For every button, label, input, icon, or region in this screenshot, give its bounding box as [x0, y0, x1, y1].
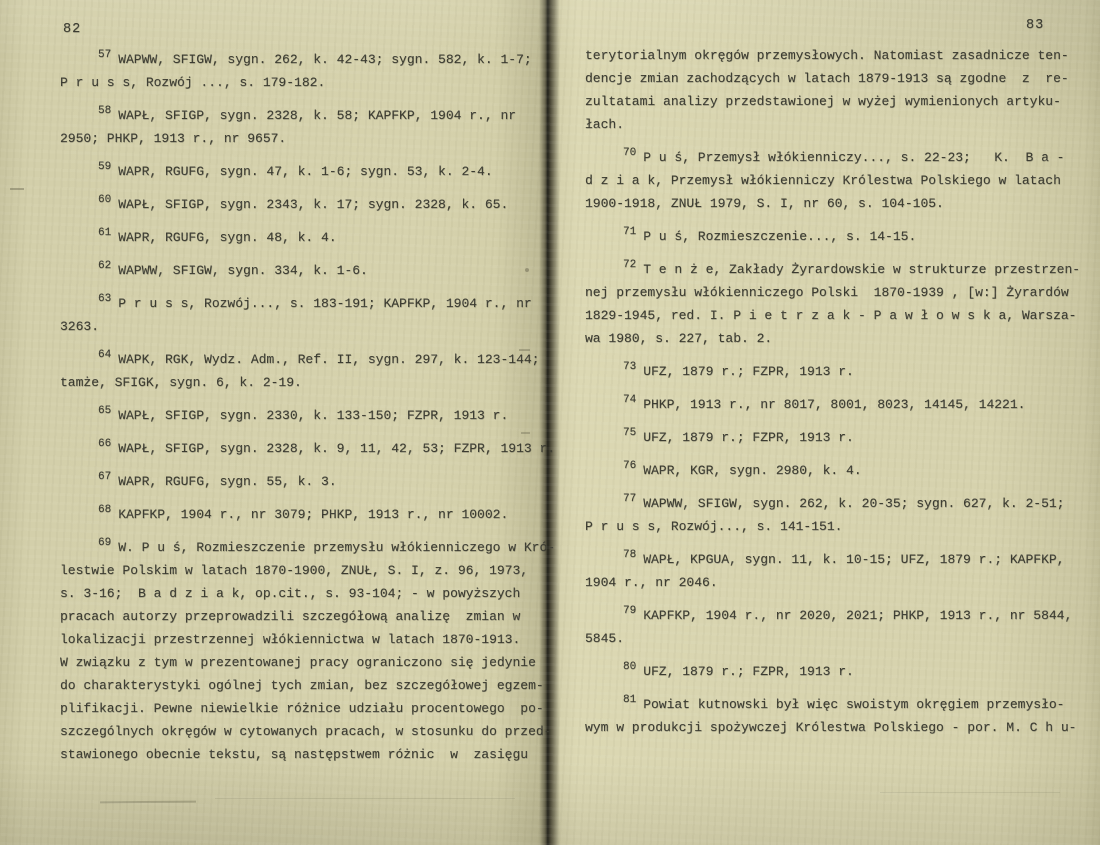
footnote: 75UFZ, 1879 r.; FZPR, 1913 r. — [585, 426, 1095, 449]
footnote: 66WAPŁ, SFIGP, sygn. 2328, k. 9, 11, 42,… — [60, 437, 548, 460]
footnote-line: 65WAPŁ, SFIGP, sygn. 2330, k. 133-150; F… — [60, 404, 548, 427]
footnote: 67WAPR, RGUFG, sygn. 55, k. 3. — [60, 470, 548, 493]
footnote: 79KAPFKP, 1904 r., nr 2020, 2021; PHKP, … — [585, 604, 1095, 650]
footnotes-right: terytorialnym okręgów przemysłowych. Nat… — [585, 44, 1095, 749]
footnote-number: 75 — [623, 422, 636, 445]
footnote: 60WAPŁ, SFIGP, sygn. 2343, k. 17; sygn. … — [60, 193, 548, 216]
footnote-line: 66WAPŁ, SFIGP, sygn. 2328, k. 9, 11, 42,… — [60, 437, 548, 460]
footnote-number: 62 — [98, 255, 111, 278]
footnote: 64WAPK, RGK, Wydz. Adm., Ref. II, sygn. … — [60, 348, 548, 394]
footnote: 76WAPR, KGR, sygn. 2980, k. 4. — [585, 459, 1095, 482]
footnote-line: P r u s s, Rozwój ..., s. 179-182. — [60, 71, 548, 94]
footnote-line: 77WAPWW, SFIGW, sygn. 262, k. 20-35; syg… — [585, 492, 1095, 515]
footnote-line: stawionego obecnie tekstu, są następstwe… — [60, 743, 548, 766]
footnote-line: s. 3-16; B a d z i a k, op.cit., s. 93-1… — [60, 582, 548, 605]
footnote: 65WAPŁ, SFIGP, sygn. 2330, k. 133-150; F… — [60, 404, 548, 427]
book-scan: 82 57WAPWW, SFIGW, sygn. 262, k. 42-43; … — [0, 0, 1100, 845]
page-number-right: 83 — [1026, 18, 1044, 33]
footnote-number: 57 — [98, 44, 111, 67]
footnote-number: 74 — [623, 389, 636, 412]
footnote-line: 72T e n ż e, Zakłady Żyrardowskie w stru… — [585, 258, 1095, 281]
footnote-line: nej przemysłu włókienniczego Polski 1870… — [585, 281, 1095, 304]
footnote-line: dencje zmian zachodzących w latach 1879-… — [585, 67, 1095, 90]
footnote-number: 72 — [623, 254, 636, 277]
footnote-line: 61WAPR, RGUFG, sygn. 48, k. 4. — [60, 226, 548, 249]
footnote-number: 69 — [98, 532, 111, 555]
footnote-number: 59 — [98, 156, 111, 179]
footnote-number: 81 — [623, 689, 636, 712]
footnote: 69W. P u ś, Rozmieszczenie przemysłu włó… — [60, 536, 548, 766]
footnote-line: 5845. — [585, 627, 1095, 650]
footnote-line: 58WAPŁ, SFIGP, sygn. 2328, k. 58; KAPFKP… — [60, 104, 548, 127]
footnote-number: 78 — [623, 544, 636, 567]
footnote-number: 64 — [98, 344, 111, 367]
footnote-line: wa 1980, s. 227, tab. 2. — [585, 327, 1095, 350]
footnote-line: zultatami analizy przedstawionej w wyżej… — [585, 90, 1095, 113]
footnote: 59WAPR, RGUFG, sygn. 47, k. 1-6; sygn. 5… — [60, 160, 548, 183]
footnote: 58WAPŁ, SFIGP, sygn. 2328, k. 58; KAPFKP… — [60, 104, 548, 150]
footnote-line: 74PHKP, 1913 r., nr 8017, 8001, 8023, 14… — [585, 393, 1095, 416]
footnote-number: 79 — [623, 600, 636, 623]
footnote-number: 63 — [98, 288, 111, 311]
footnote-number: 61 — [98, 222, 111, 245]
footnote-number: 73 — [623, 356, 636, 379]
footnote: 61WAPR, RGUFG, sygn. 48, k. 4. — [60, 226, 548, 249]
footnote-line: 67WAPR, RGUFG, sygn. 55, k. 3. — [60, 470, 548, 493]
footnote-number: 58 — [98, 100, 111, 123]
footnote-line: 76WAPR, KGR, sygn. 2980, k. 4. — [585, 459, 1095, 482]
footnote-line: 63P r u s s, Rozwój..., s. 183-191; KAPF… — [60, 292, 548, 315]
footnote-line: 71P u ś, Rozmieszczenie..., s. 14-15. — [585, 225, 1095, 248]
footnote: 74PHKP, 1913 r., nr 8017, 8001, 8023, 14… — [585, 393, 1095, 416]
footnote-line: 73UFZ, 1879 r.; FZPR, 1913 r. — [585, 360, 1095, 383]
left-page: 82 57WAPWW, SFIGW, sygn. 262, k. 42-43; … — [0, 0, 548, 845]
footnote: 71P u ś, Rozmieszczenie..., s. 14-15. — [585, 225, 1095, 248]
footnote-number: 60 — [98, 189, 111, 212]
footnote: 81Powiat kutnowski był więc swoistym okr… — [585, 693, 1095, 739]
footnote-line: łach. — [585, 113, 1095, 136]
footnote-line: 1900-1918, ZNUŁ 1979, S. I, nr 60, s. 10… — [585, 192, 1095, 215]
footnote-line: 62WAPWW, SFIGW, sygn. 334, k. 1-6. — [60, 259, 548, 282]
footnote: 78WAPŁ, KPGUA, sygn. 11, k. 10-15; UFZ, … — [585, 548, 1095, 594]
right-page: 83 terytorialnym okręgów przemysłowych. … — [552, 0, 1100, 845]
footnote-line: 59WAPR, RGUFG, sygn. 47, k. 1-6; sygn. 5… — [60, 160, 548, 183]
footnote-line: 64WAPK, RGK, Wydz. Adm., Ref. II, sygn. … — [60, 348, 548, 371]
footnote: 80UFZ, 1879 r.; FZPR, 1913 r. — [585, 660, 1095, 683]
footnote-line: 1829-1945, red. I. P i e t r z a k - P a… — [585, 304, 1095, 327]
page-number-left: 82 — [63, 22, 81, 37]
footnote-line: P r u s s, Rozwój..., s. 141-151. — [585, 515, 1095, 538]
footnote-line: lestwie Polskim w latach 1870-1900, ZNUŁ… — [60, 559, 548, 582]
footnote: 63P r u s s, Rozwój..., s. 183-191; KAPF… — [60, 292, 548, 338]
footnote-line: 69W. P u ś, Rozmieszczenie przemysłu włó… — [60, 536, 548, 559]
footnote-line: 3263. — [60, 315, 548, 338]
footnote-line: 79KAPFKP, 1904 r., nr 2020, 2021; PHKP, … — [585, 604, 1095, 627]
footnote-line: 60WAPŁ, SFIGP, sygn. 2343, k. 17; sygn. … — [60, 193, 548, 216]
footnote-number: 76 — [623, 455, 636, 478]
footnote-line: do charakterystyki ogólnej tych zmian, b… — [60, 674, 548, 697]
footnote: 68KAPFKP, 1904 r., nr 3079; PHKP, 1913 r… — [60, 503, 548, 526]
footnote: 73UFZ, 1879 r.; FZPR, 1913 r. — [585, 360, 1095, 383]
footnote-line: 78WAPŁ, KPGUA, sygn. 11, k. 10-15; UFZ, … — [585, 548, 1095, 571]
footnote: 77WAPWW, SFIGW, sygn. 262, k. 20-35; syg… — [585, 492, 1095, 538]
footnote-line: d z i a k, Przemysł włókienniczy Królest… — [585, 169, 1095, 192]
footnote-line: 57WAPWW, SFIGW, sygn. 262, k. 42-43; syg… — [60, 48, 548, 71]
footnote-number: 70 — [623, 142, 636, 165]
footnote-line: 70P u ś, Przemysł włókienniczy..., s. 22… — [585, 146, 1095, 169]
continuation-paragraph: terytorialnym okręgów przemysłowych. Nat… — [585, 44, 1095, 136]
footnotes-left: 57WAPWW, SFIGW, sygn. 262, k. 42-43; syg… — [60, 48, 548, 776]
footnote-line: 2950; PHKP, 1913 r., nr 9657. — [60, 127, 548, 150]
footnote-number: 77 — [623, 488, 636, 511]
footnote-line: 81Powiat kutnowski był więc swoistym okr… — [585, 693, 1095, 716]
footnote: 72T e n ż e, Zakłady Żyrardowskie w stru… — [585, 258, 1095, 350]
footnote-line: terytorialnym okręgów przemysłowych. Nat… — [585, 44, 1095, 67]
footnote-line: 80UFZ, 1879 r.; FZPR, 1913 r. — [585, 660, 1095, 683]
footnote: 57WAPWW, SFIGW, sygn. 262, k. 42-43; syg… — [60, 48, 548, 94]
footnote-number: 67 — [98, 466, 111, 489]
footnote-line: tamże, SFIGK, sygn. 6, k. 2-19. — [60, 371, 548, 394]
footnote: 62WAPWW, SFIGW, sygn. 334, k. 1-6. — [60, 259, 548, 282]
footnote-line: W związku z tym w prezentowanej pracy og… — [60, 651, 548, 674]
footnote-number: 71 — [623, 221, 636, 244]
footnote-line: 68KAPFKP, 1904 r., nr 3079; PHKP, 1913 r… — [60, 503, 548, 526]
footnote-number: 68 — [98, 499, 111, 522]
footnote-line: wym w produkcji spożywczej Królestwa Pol… — [585, 716, 1095, 739]
footnote: 70P u ś, Przemysł włókienniczy..., s. 22… — [585, 146, 1095, 215]
footnote-number: 65 — [98, 400, 111, 423]
footnote-line: 1904 r., nr 2046. — [585, 571, 1095, 594]
footnote-number: 66 — [98, 433, 111, 456]
footnote-line: lokalizacji przestrzennej włókiennictwa … — [60, 628, 548, 651]
footnote-number: 80 — [623, 656, 636, 679]
footnote-line: 75UFZ, 1879 r.; FZPR, 1913 r. — [585, 426, 1095, 449]
footnote-line: pracach autorzy przeprowadzili szczegóło… — [60, 605, 548, 628]
footnote-line: szczególnych okręgów w cytowanych pracac… — [60, 720, 548, 743]
footnote-line: plifikacji. Pewne niewielkie różnice udz… — [60, 697, 548, 720]
